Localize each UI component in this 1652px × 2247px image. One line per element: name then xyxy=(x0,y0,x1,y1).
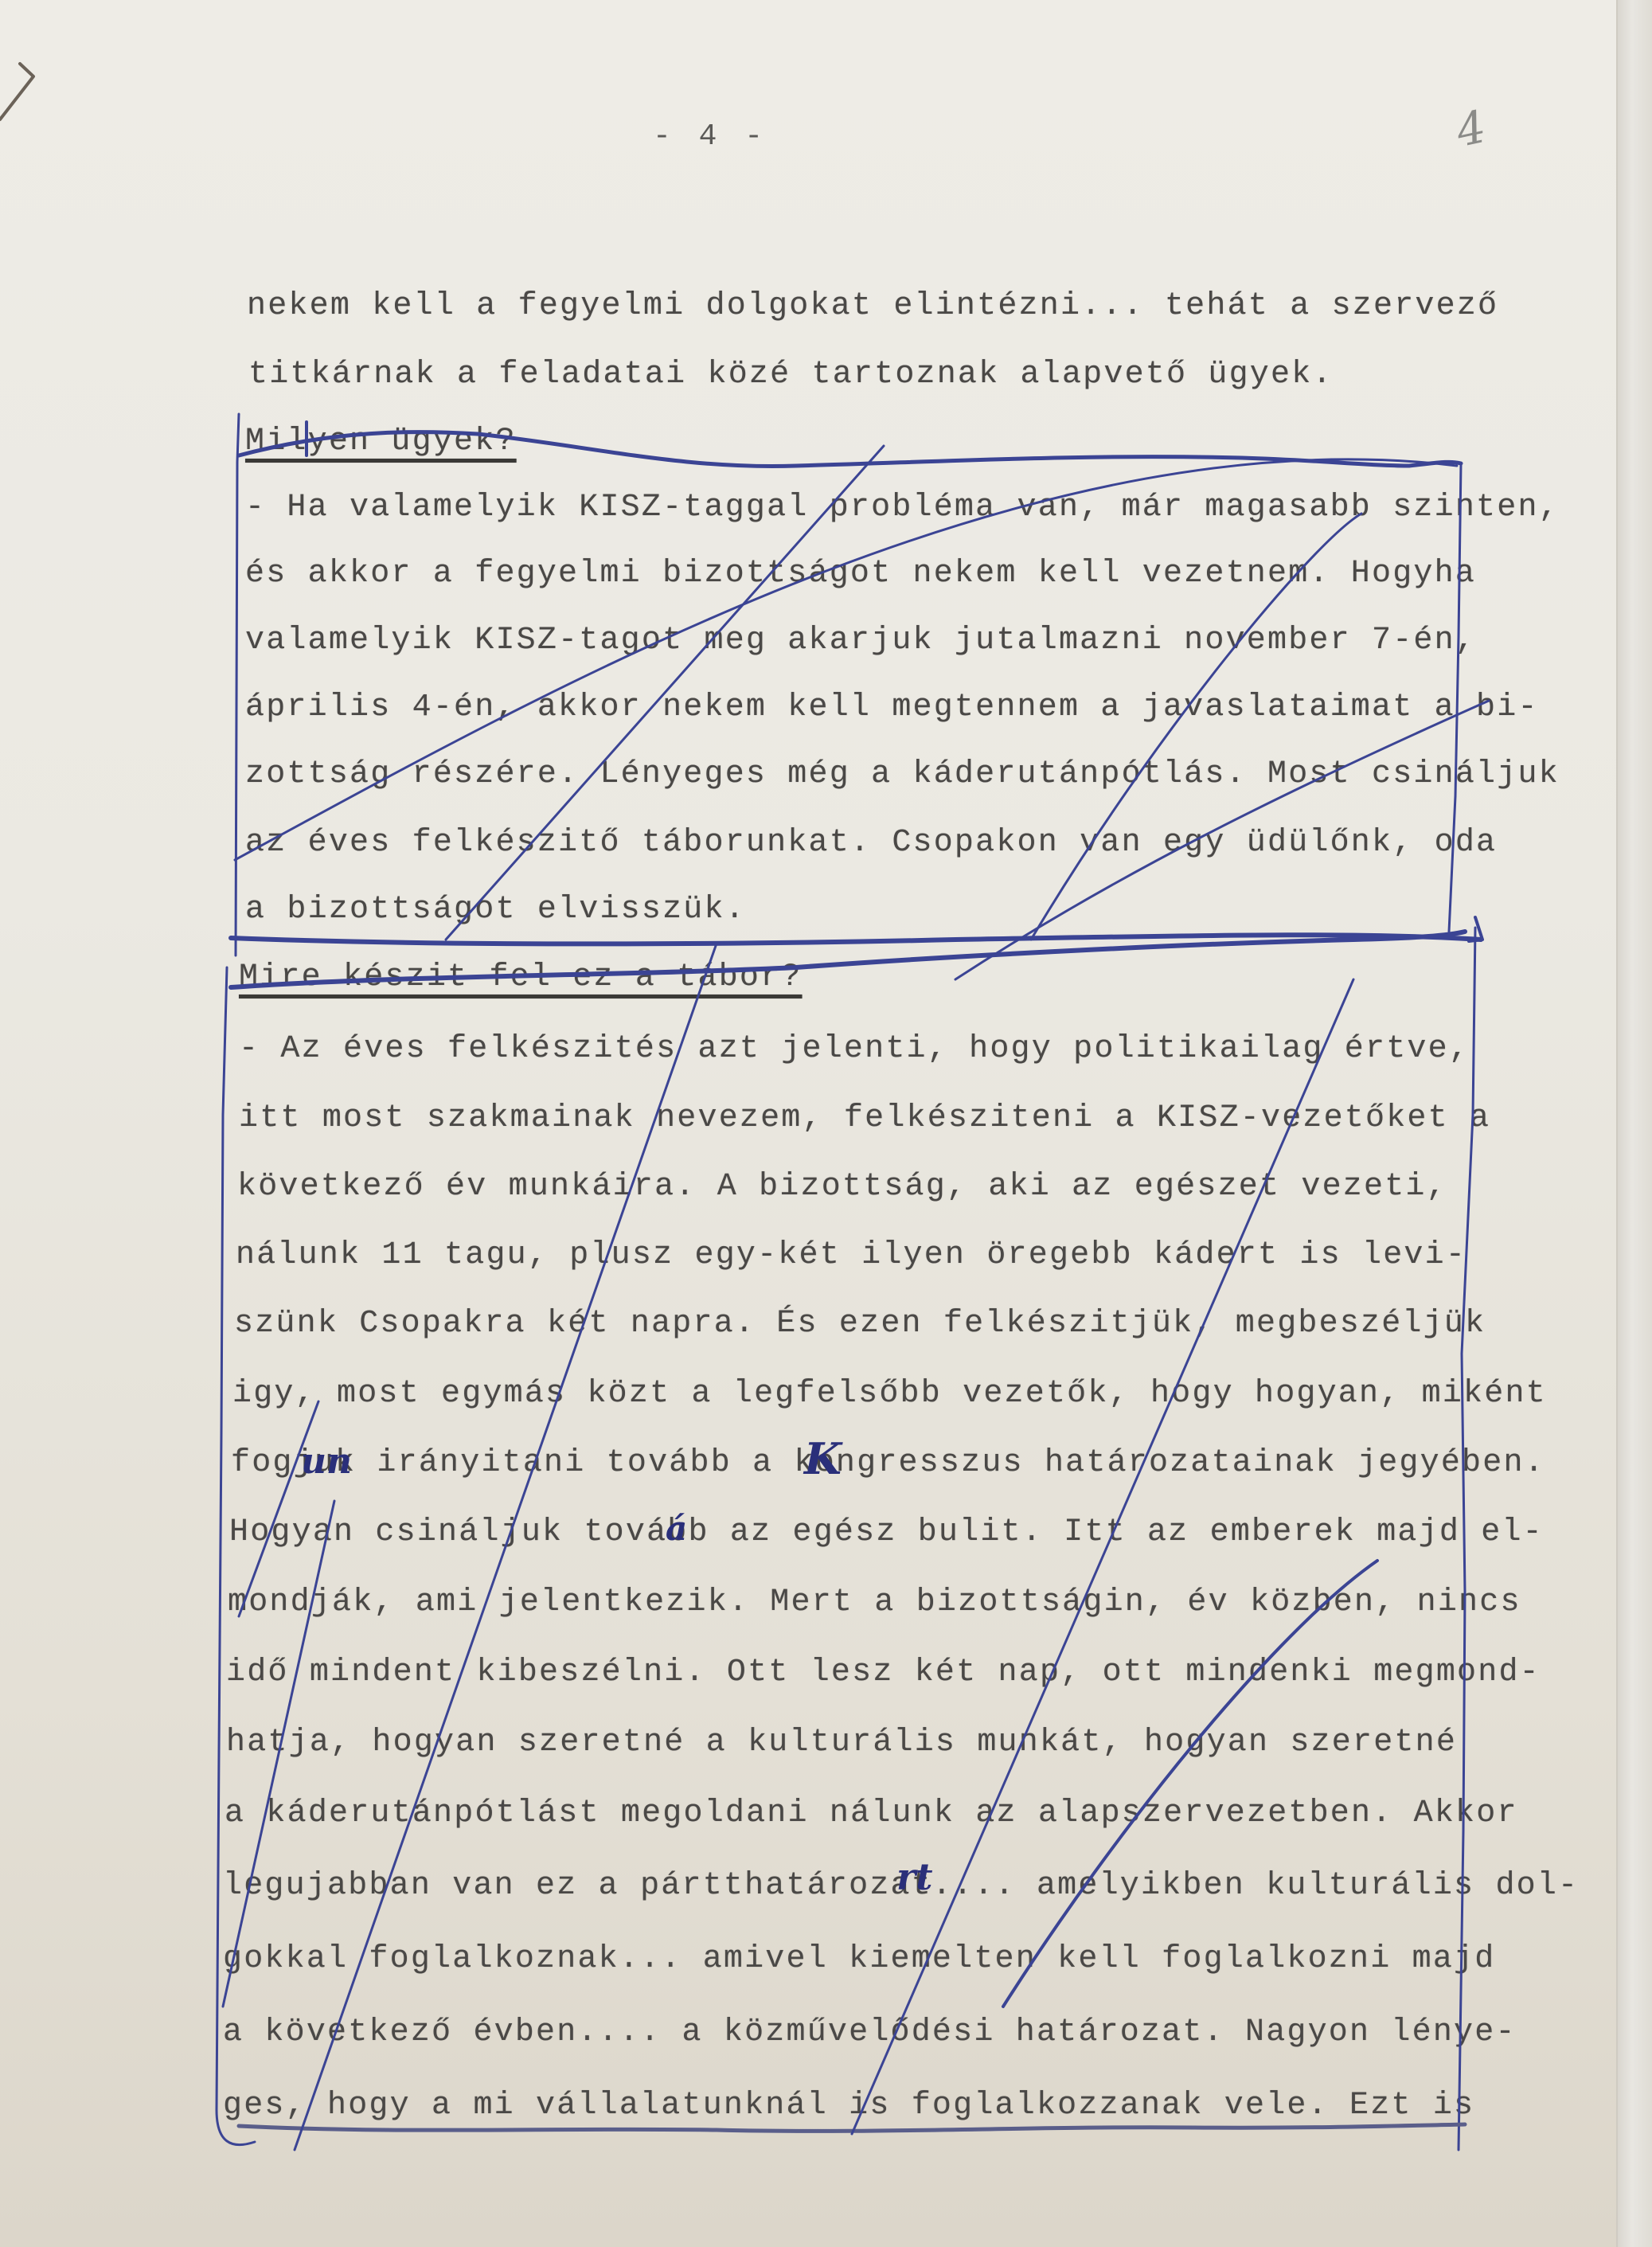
text-line: következő év munkáira. A bizottság, aki … xyxy=(237,1169,1447,1205)
handwritten-correction: un xyxy=(301,1441,352,1482)
handwritten-correction: rt xyxy=(896,1855,932,1898)
text-line: és akkor a fegyelmi bizottságot nekem ke… xyxy=(245,556,1476,592)
interview-question: Mire készit fel ez a tábor? xyxy=(239,959,803,995)
text-line: zottság részére. Lényeges még a káderutá… xyxy=(245,756,1560,792)
text-line: valamelyik KISZ-tagot meg akarjuk jutalm… xyxy=(245,623,1476,658)
text-line: a bizottságot elvisszük. xyxy=(245,892,746,928)
text-line: április 4-én, akkor nekem kell megtennem… xyxy=(245,690,1539,725)
text-line: a következő évben.... a közművelődési ha… xyxy=(223,2014,1517,2050)
text-line: - Az éves felkészités azt jelenti, hogy … xyxy=(239,1031,1470,1067)
text-line: fogjuk irányitani tovább a kongresszus h… xyxy=(231,1445,1545,1481)
text-line: idő mindent kibeszélni. Ott lesz két nap… xyxy=(226,1655,1541,1690)
text-line: szünk Csopakra két napra. És ezen felkés… xyxy=(234,1306,1486,1342)
handwritten-correction: K xyxy=(804,1433,842,1484)
paper-edge xyxy=(1616,0,1652,2247)
interview-question: Milyen ügyek? xyxy=(245,424,517,459)
text-line: ges, hogy a mi vállalatunknál is foglalk… xyxy=(223,2088,1474,2124)
handwritten-correction: á xyxy=(666,1509,687,1548)
text-line: itt most szakmainak nevezem, felkésziten… xyxy=(239,1100,1490,1136)
text-line: mondják, ami jelentkezik. Mert a bizotts… xyxy=(228,1585,1521,1620)
text-line: Hogyan csináljuk tovább az egész bulit. … xyxy=(229,1514,1544,1550)
text-line: a káderutánpótlást megoldani nálunk az a… xyxy=(225,1796,1518,1831)
text-line: - Ha valamelyik KISZ-taggal probléma van… xyxy=(245,490,1560,526)
text-line: gokkal foglalkoznak... amivel kiemelten … xyxy=(223,1941,1495,1977)
text-line: igy, most egymás közt a legfelsőbb vezet… xyxy=(232,1376,1547,1412)
text-line: az éves felkészitő táborunkat. Csopakon … xyxy=(245,825,1497,861)
text-line: nekem kell a fegyelmi dolgokat elintézni… xyxy=(247,288,1498,324)
text-line: nálunk 11 tagu, plusz egy-két ilyen öreg… xyxy=(236,1237,1466,1273)
text-line: titkárnak a feladatai közé tartoznak ala… xyxy=(248,357,1334,393)
page-number: - 4 - xyxy=(653,119,767,154)
text-line: hatja, hogyan szeretné a kulturális munk… xyxy=(226,1725,1457,1760)
